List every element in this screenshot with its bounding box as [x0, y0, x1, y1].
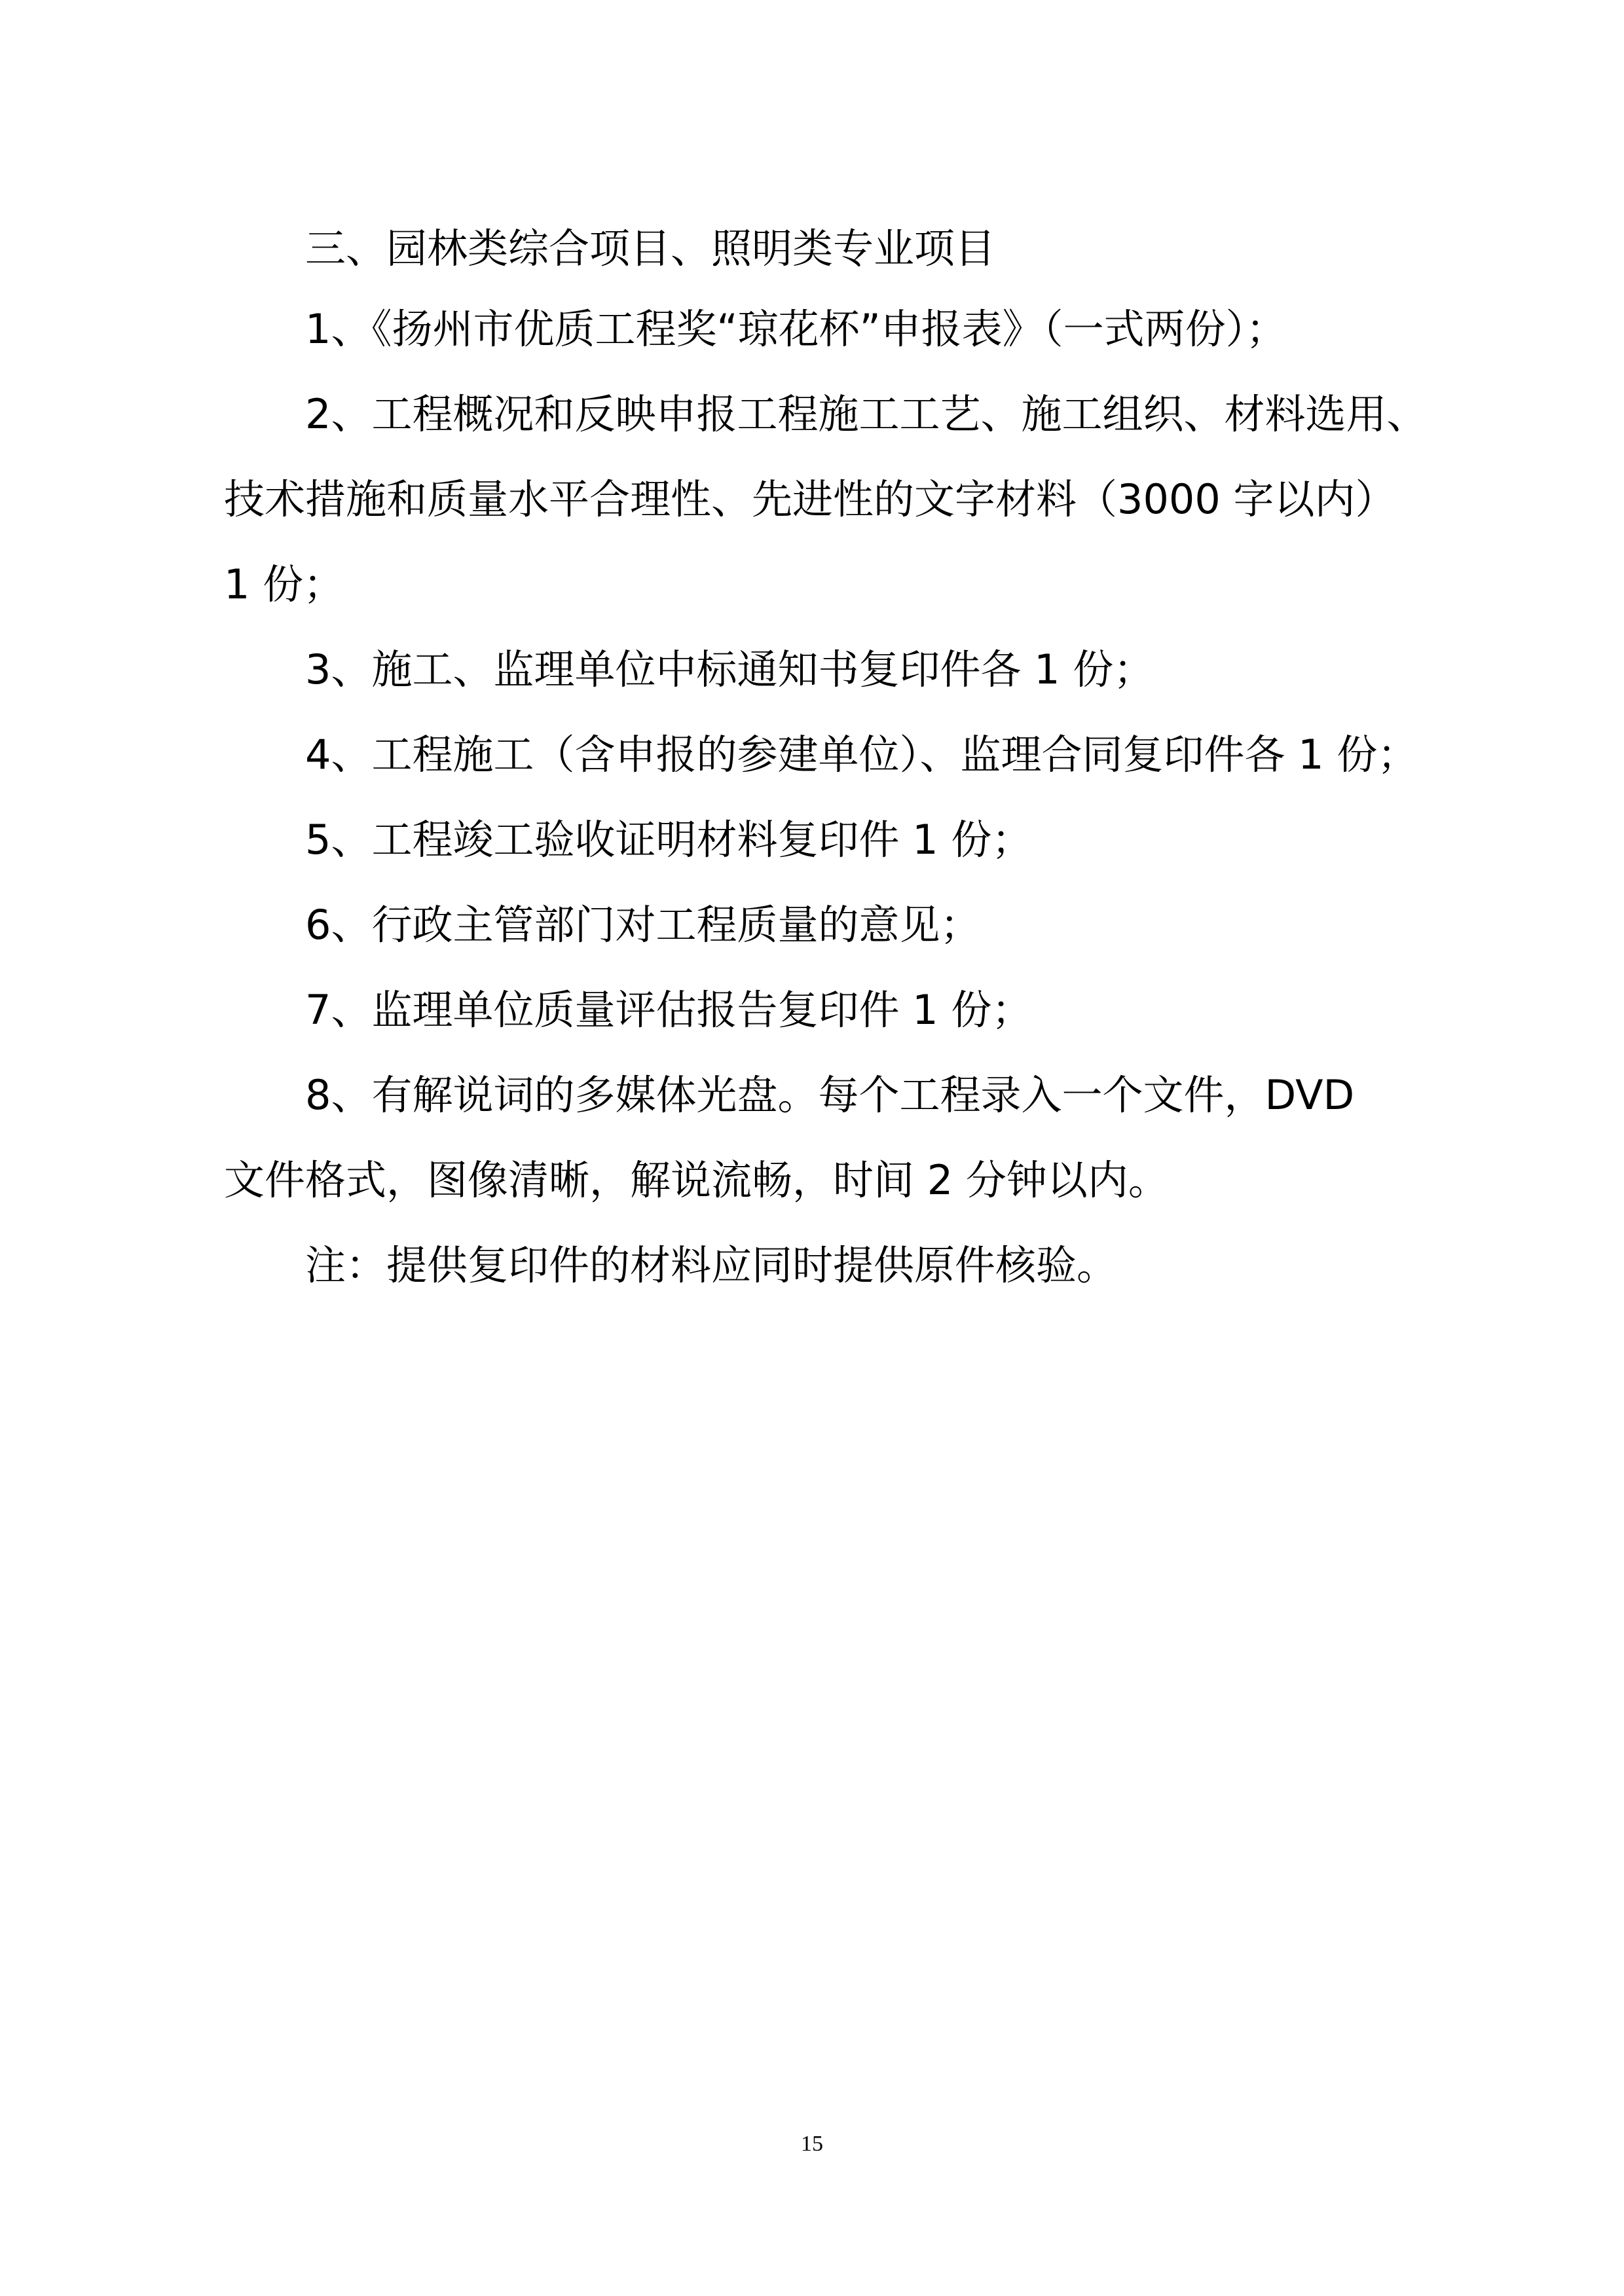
document-page: 三、园林类综合项目、照明类专业项目 1、《扬州市优质工程奖“琼花杯”申报表》（一… [0, 0, 1624, 2296]
document-body: 三、园林类综合项目、照明类专业项目 1、《扬州市优质工程奖“琼花杯”申报表》（一… [224, 211, 1449, 1308]
list-item-4: 4、工程施工（含申报的参建单位）、监理合同复印件各 1 份； [224, 712, 1449, 797]
list-item-8-line-2: 文件格式，图像清晰，解说流畅，时间 2 分钟以内。 [224, 1138, 1449, 1223]
list-item-8-line-1: 8、有解说词的多媒体光盘。每个工程录入一个文件，DVD [224, 1053, 1449, 1138]
list-item-2-line-1: 2、工程概况和反映申报工程施工工艺、施工组织、材料选用、 [224, 372, 1449, 457]
list-item-5: 5、工程竣工验收证明材料复印件 1 份； [224, 797, 1449, 883]
note-text: 注：提供复印件的材料应同时提供原件核验。 [224, 1223, 1449, 1308]
list-item-6: 6、行政主管部门对工程质量的意见； [224, 883, 1449, 968]
list-item-7: 7、监理单位质量评估报告复印件 1 份； [224, 968, 1449, 1053]
section-heading: 三、园林类综合项目、照明类专业项目 [224, 211, 1449, 287]
list-item-1: 1、《扬州市优质工程奖“琼花杯”申报表》（一式两份）； [224, 287, 1449, 372]
list-item-2-line-3: 1 份； [224, 542, 1449, 627]
page-number: 15 [0, 2131, 1624, 2157]
list-item-3: 3、施工、监理单位中标通知书复印件各 1 份； [224, 627, 1449, 712]
list-item-2-line-2: 技术措施和质量水平合理性、先进性的文字材料（3000 字以内） [224, 457, 1449, 542]
